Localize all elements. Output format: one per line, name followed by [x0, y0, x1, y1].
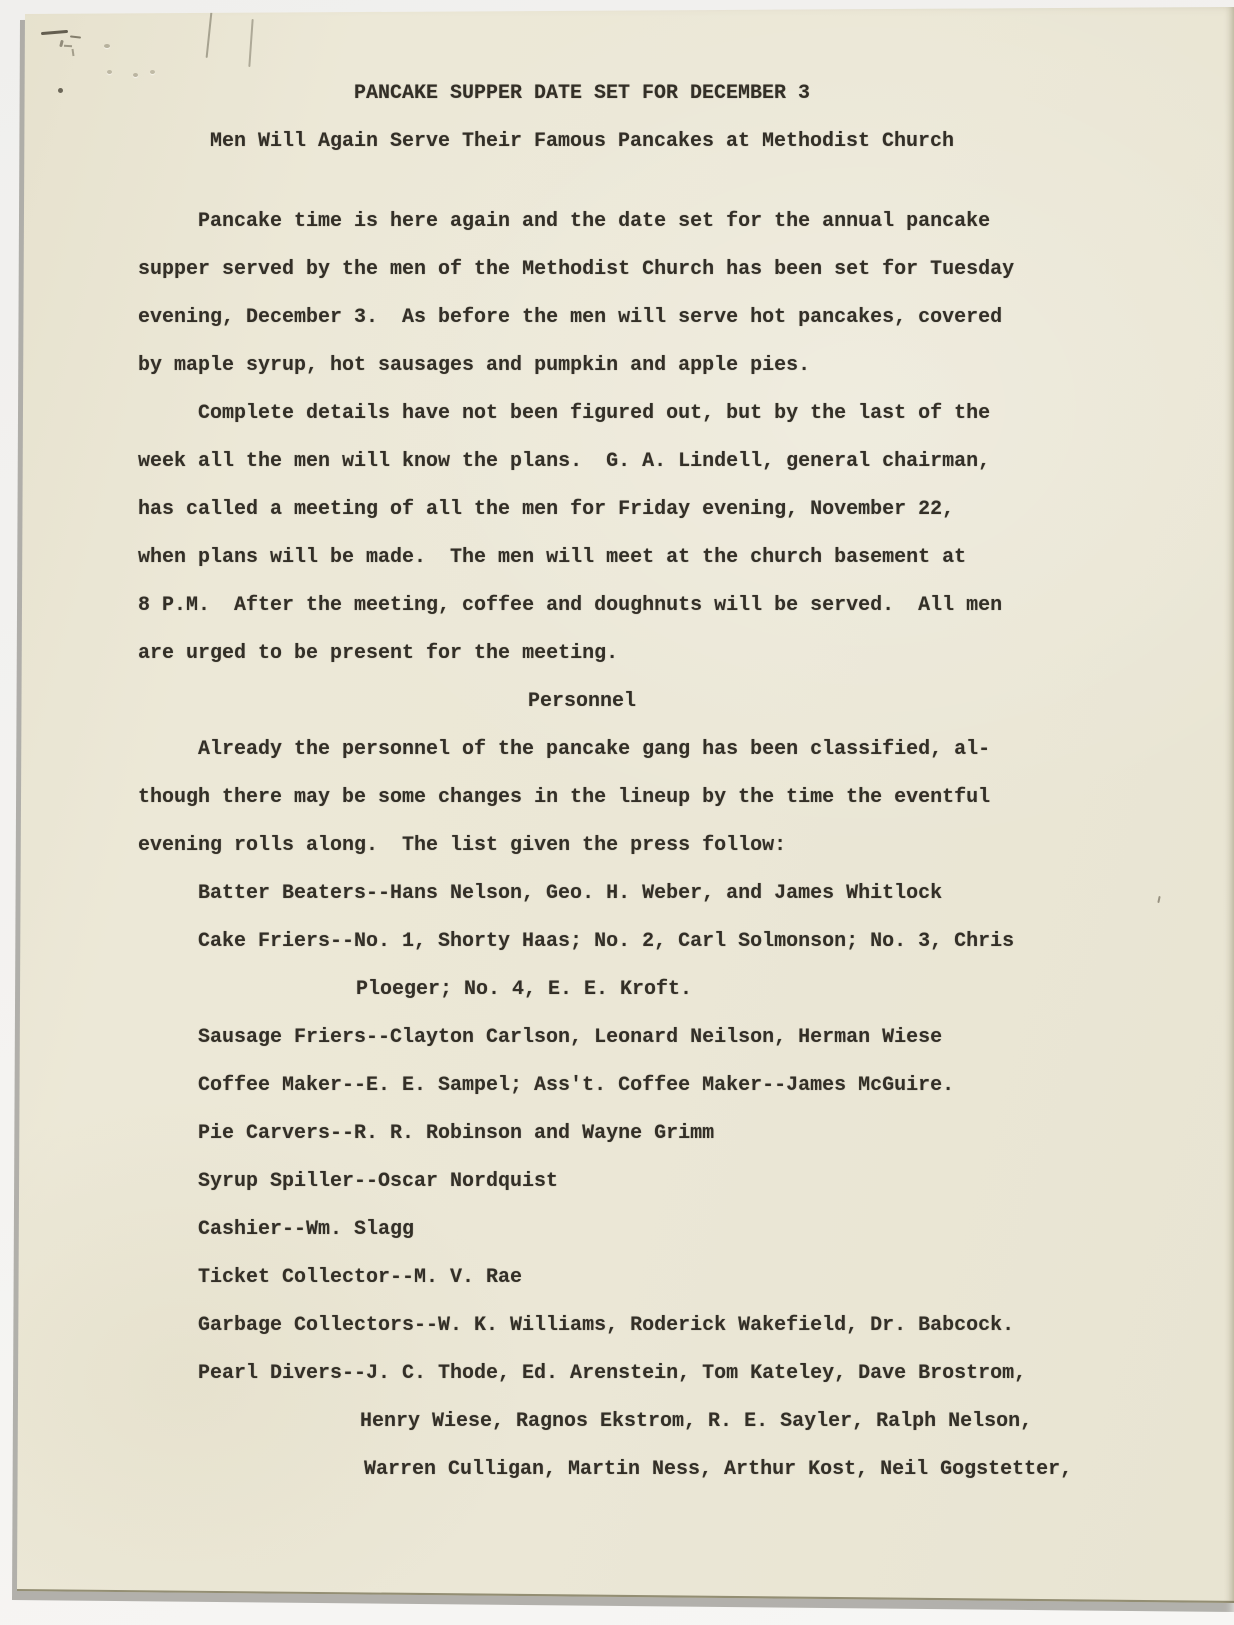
roster-line-pearl-divers: Pearl Divers--J. C. Thode, Ed. Arenstein… — [138, 1350, 1026, 1398]
roster-line-garbage-collectors: Garbage Collectors--W. K. Williams, Rode… — [138, 1302, 1026, 1350]
roster-line-cake-friers: Cake Friers--No. 1, Shorty Haas; No. 2, … — [138, 918, 1026, 966]
typed-line-para2: 8 P.M. After the meeting, coffee and dou… — [138, 582, 1026, 630]
paper-dent — [107, 70, 112, 74]
typed-line-para2: are urged to be present for the meeting. — [138, 630, 1026, 678]
scan-hairline — [248, 19, 253, 67]
roster-line-coffee-maker: Coffee Maker--E. E. Sampel; Ass't. Coffe… — [138, 1062, 1026, 1110]
typed-line-para1: evening, December 3. As before the men w… — [138, 294, 1026, 342]
ink-speck — [58, 88, 63, 93]
typed-line-para1: supper served by the men of the Methodis… — [138, 246, 1026, 294]
pencil-mark — [70, 35, 81, 38]
roster-line-pearl-divers-continued: Henry Wiese, Ragnos Ekstrom, R. E. Sayle… — [138, 1398, 1026, 1446]
paper-dent — [104, 44, 110, 48]
typed-line-para3: evening rolls along. The list given the … — [138, 822, 1026, 870]
roster-line-pie-carvers: Pie Carvers--R. R. Robinson and Wayne Gr… — [138, 1110, 1026, 1158]
document-title: PANCAKE SUPPER DATE SET FOR DECEMBER 3 — [138, 70, 1026, 118]
typed-line-para1: by maple syrup, hot sausages and pumpkin… — [138, 342, 1026, 390]
typed-line-para2: has called a meeting of all the men for … — [138, 486, 1026, 534]
typed-line-para3: Already the personnel of the pancake gan… — [138, 726, 1026, 774]
roster-line-cake-friers-continued: Ploeger; No. 4, E. E. Kroft. — [138, 966, 1026, 1014]
pencil-mark — [41, 30, 68, 35]
typed-line-para2: when plans will be made. The men will me… — [138, 534, 1026, 582]
document-subtitle: Men Will Again Serve Their Famous Pancak… — [138, 118, 1026, 166]
typed-line-para2: week all the men will know the plans. G.… — [138, 438, 1026, 486]
roster-line-syrup-spiller: Syrup Spiller--Oscar Nordquist — [138, 1158, 1026, 1206]
section-heading-personnel: Personnel — [138, 678, 1026, 726]
typed-line-para3: though there may be some changes in the … — [138, 774, 1026, 822]
pencil-mark — [72, 49, 75, 56]
roster-line-sausage-friers: Sausage Friers--Clayton Carlson, Leonard… — [138, 1014, 1026, 1062]
roster-line-batter-beaters: Batter Beaters--Hans Nelson, Geo. H. Web… — [138, 870, 1026, 918]
roster-line-cashier: Cashier--Wm. Slagg — [138, 1206, 1026, 1254]
typed-line-para1: Pancake time is here again and the date … — [138, 198, 1026, 246]
scan-hairline — [206, 12, 213, 58]
typed-content: PANCAKE SUPPER DATE SET FOR DECEMBER 3 M… — [138, 70, 1026, 1494]
typed-line-para2: Complete details have not been figured o… — [138, 390, 1026, 438]
ink-speck — [1157, 896, 1160, 903]
roster-line-pearl-divers-continued: Warren Culligan, Martin Ness, Arthur Kos… — [138, 1446, 1026, 1494]
pencil-mark — [64, 45, 72, 47]
roster-line-ticket-collector: Ticket Collector--M. V. Rae — [138, 1254, 1026, 1302]
